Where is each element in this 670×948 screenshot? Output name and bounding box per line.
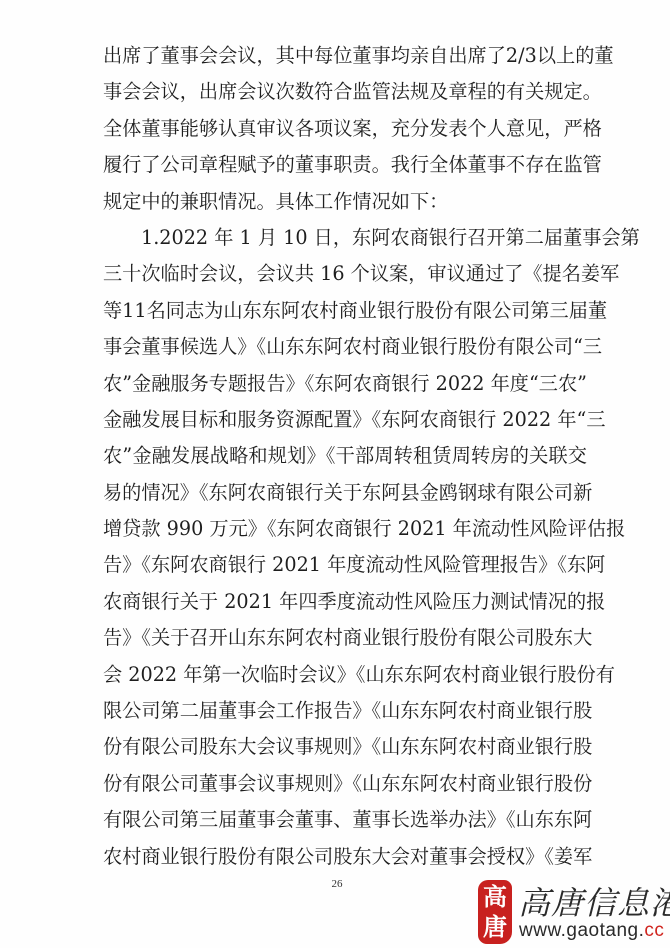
text-line: 农”金融发展战略和规划》《干部周转租赁周转房的关联交 [103,438,587,474]
text-line: 金融发展目标和服务资源配置》《东阿农商银行 2022 年“三 [103,402,587,438]
text-line: 易的情况》《东阿农商银行关于东阿县金鸥钢球有限公司新 [103,475,587,511]
text-line: 限公司第二届董事会工作报告》《山东东阿农村商业银行股 [103,693,587,729]
text-line: 份有限公司股东大会议事规则》《山东东阿农村商业银行股 [103,729,587,765]
seal-char: 高 [483,882,507,912]
text-line: 全体董事能够认真审议各项议案，充分发表个人意见，严格 [103,111,587,147]
brand-name: 高唐信息港 [518,878,670,924]
text-line: 事会董事候选人》《山东东阿农村商业银行股份有限公司“三 [103,329,587,365]
text-line: 农村商业银行股份有限公司股东大会对董事会授权》《姜军 [103,839,587,875]
text-line: 有限公司第三届董事会董事、董事长选举办法》《山东东阿 [103,802,587,838]
seal-icon: 高 唐 [478,880,512,944]
brand-url: www.gaotang.cc [519,920,664,942]
document-page: 出席了董事会会议，其中每位董事均亲自出席了2/3以上的董 事会会议，出席会议次数… [0,0,670,948]
text-line: 履行了公司章程赋予的董事职责。我行全体董事不存在监管 [103,147,587,183]
text-line: 会 2022 年第一次临时会议》《山东东阿农村商业银行股份有 [103,657,587,693]
body-text: 出席了董事会会议，其中每位董事均亲自出席了2/3以上的董 事会会议，出席会议次数… [103,38,587,875]
text-line: 增贷款 990 万元》《东阿农商银行 2021 年流动性风险评估报 [103,511,587,547]
text-line: 规定中的兼职情况。具体工作情况如下： [103,184,587,220]
seal-char: 唐 [483,912,507,942]
text-line: 三十次临时会议，会议共 16 个议案，审议通过了《提名姜军 [103,256,587,292]
watermark-logo: 高 唐 高唐信息港 www.gaotang.cc [478,878,670,948]
page-number: 26 [317,878,357,890]
text-line: 份有限公司董事会议事规则》《山东东阿农村商业银行股份 [103,766,587,802]
text-line: 事会会议，出席会议次数符合监管法规及章程的有关规定。 [103,74,587,110]
text-line: 等11名同志为山东东阿农村商业银行股份有限公司第三届董 [103,293,587,329]
url-tld: cc [644,920,664,941]
text-line: 告》《东阿农商银行 2021 年度流动性风险管理报告》《东阿 [103,547,587,583]
text-line: 1.2022 年 1 月 10 日，东阿农商银行召开第二届董事会第 [103,220,587,256]
text-line: 告》《关于召开山东东阿农村商业银行股份有限公司股东大 [103,620,587,656]
text-line: 农”金融服务专题报告》《东阿农商银行 2022 年度“三农” [103,366,587,402]
text-line: 出席了董事会会议，其中每位董事均亲自出席了2/3以上的董 [103,38,587,74]
text-line: 农商银行关于 2021 年四季度流动性风险压力测试情况的报 [103,584,587,620]
url-main: www.gaotang. [519,920,644,941]
